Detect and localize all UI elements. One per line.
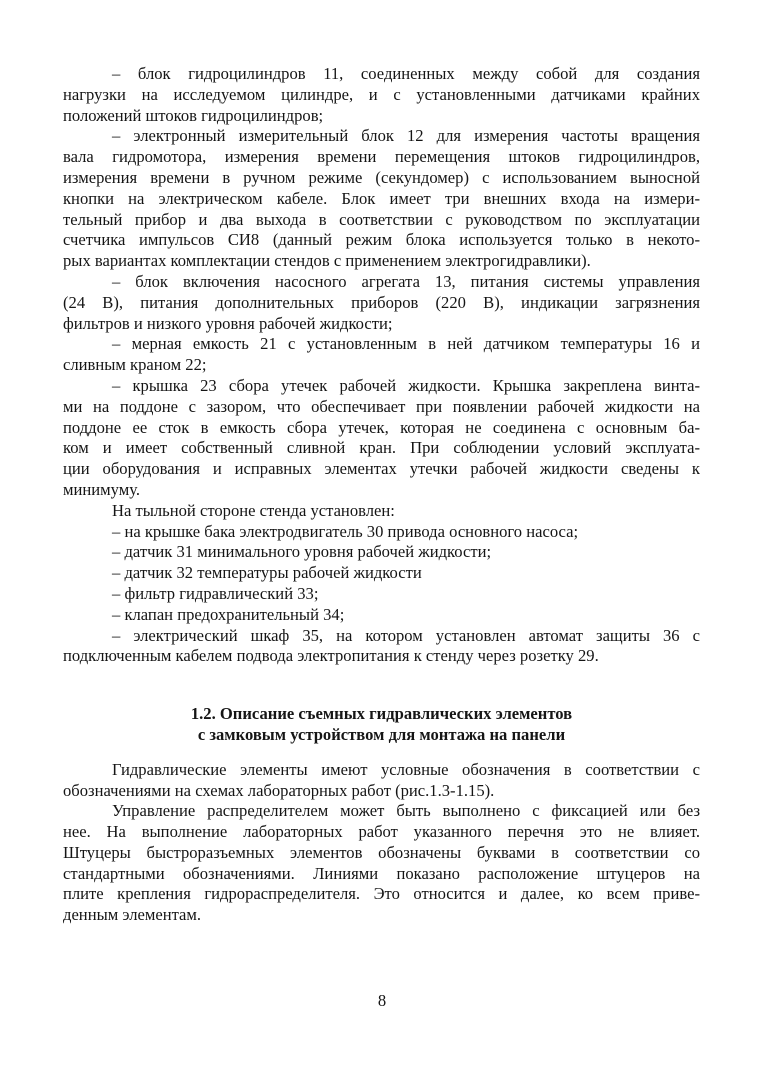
text-line: – на крышке бака электродвигатель 30 при…	[63, 522, 700, 543]
text-line: тельный прибор и два выхода в соответств…	[63, 210, 700, 231]
text-line: ции оборудования и исправных элементах у…	[63, 459, 700, 480]
section-heading-line-1: 1.2. Описание съемных гидравлических эле…	[63, 704, 700, 725]
text-line: нагрузки на исследуемом цилиндре, и с ус…	[63, 85, 700, 106]
text-line: поддоне ее сток в емкость сбора утечек, …	[63, 418, 700, 439]
paragraph: Гидравлические элементы имеют условные о…	[63, 760, 700, 802]
paragraph: – мерная емкость 21 с установленным в не…	[63, 334, 700, 376]
text-line: ми на поддоне с зазором, что обеспечивае…	[63, 397, 700, 418]
text-line: – крышка 23 сбора утечек рабочей жидкост…	[63, 376, 700, 397]
text-line: Штуцеры быстроразъемных элементов обозна…	[63, 843, 700, 864]
paragraph: Управление распределителем может быть вы…	[63, 801, 700, 926]
text-line: – датчик 31 минимального уровня рабочей …	[63, 542, 700, 563]
document-page: – блок гидроцилиндров 11, соединенных ме…	[0, 0, 764, 1080]
text-line: нее. На выполнение лабораторных работ ук…	[63, 822, 700, 843]
paragraph: – электронный измерительный блок 12 для …	[63, 126, 700, 272]
section-heading: 1.2. Описание съемных гидравлических эле…	[63, 704, 700, 746]
text-line: подключенным кабелем подвода электропита…	[63, 646, 700, 667]
section-heading-line-2: с замковым устройством для монтажа на па…	[63, 725, 700, 746]
text-line: На тыльной стороне стенда установлен:	[63, 501, 700, 522]
paragraph: – электрический шкаф 35, на котором уста…	[63, 626, 700, 668]
text-line: фильтров и низкого уровня рабочей жидкос…	[63, 314, 700, 335]
text-line: денным элементам.	[63, 905, 700, 926]
list-item: – датчик 32 температуры рабочей жидкости	[63, 563, 700, 584]
paragraph: На тыльной стороне стенда установлен:	[63, 501, 700, 522]
text-line: кнопки на электрическом кабеле. Блок име…	[63, 189, 700, 210]
text-line: – электрический шкаф 35, на котором уста…	[63, 626, 700, 647]
text-line: минимуму.	[63, 480, 700, 501]
text-line: Гидравлические элементы имеют условные о…	[63, 760, 700, 781]
paragraph: – крышка 23 сбора утечек рабочей жидкост…	[63, 376, 700, 501]
text-line: – блок включения насосного агрегата 13, …	[63, 272, 700, 293]
text-line: стандартными обозначениями. Линиями пока…	[63, 864, 700, 885]
text-line: – мерная емкость 21 с установленным в не…	[63, 334, 700, 355]
text-line: – электронный измерительный блок 12 для …	[63, 126, 700, 147]
text-line: счетчика импульсов СИ8 (данный режим бло…	[63, 230, 700, 251]
text-line: (24 В), питания дополнительных приборов …	[63, 293, 700, 314]
paragraph: – блок гидроцилиндров 11, соединенных ме…	[63, 64, 700, 126]
text-line: – клапан предохранительный 34;	[63, 605, 700, 626]
list-item: – на крышке бака электродвигатель 30 при…	[63, 522, 700, 543]
list-item: – фильтр гидравлический 33;	[63, 584, 700, 605]
text-line: рых вариантах комплектации стендов с при…	[63, 251, 700, 272]
text-line: – фильтр гидравлический 33;	[63, 584, 700, 605]
paragraph: – блок включения насосного агрегата 13, …	[63, 272, 700, 334]
text-line: ком и имеет собственный сливной кран. Пр…	[63, 438, 700, 459]
text-line: сливным краном 22;	[63, 355, 700, 376]
text-line: вала гидромотора, измерения времени пере…	[63, 147, 700, 168]
text-line: – датчик 32 температуры рабочей жидкости	[63, 563, 700, 584]
text-line: плите крепления гидрораспределителя. Это…	[63, 884, 700, 905]
text-line: – блок гидроцилиндров 11, соединенных ме…	[63, 64, 700, 85]
text-line: Управление распределителем может быть вы…	[63, 801, 700, 822]
text-line: обозначениями на схемах лабораторных раб…	[63, 781, 700, 802]
text-line: измерения времени в ручном режиме (секун…	[63, 168, 700, 189]
text-line: положений штоков гидроцилиндров;	[63, 106, 700, 127]
list-item: – датчик 31 минимального уровня рабочей …	[63, 542, 700, 563]
list-item: – клапан предохранительный 34;	[63, 605, 700, 626]
page-number: 8	[0, 991, 764, 1011]
